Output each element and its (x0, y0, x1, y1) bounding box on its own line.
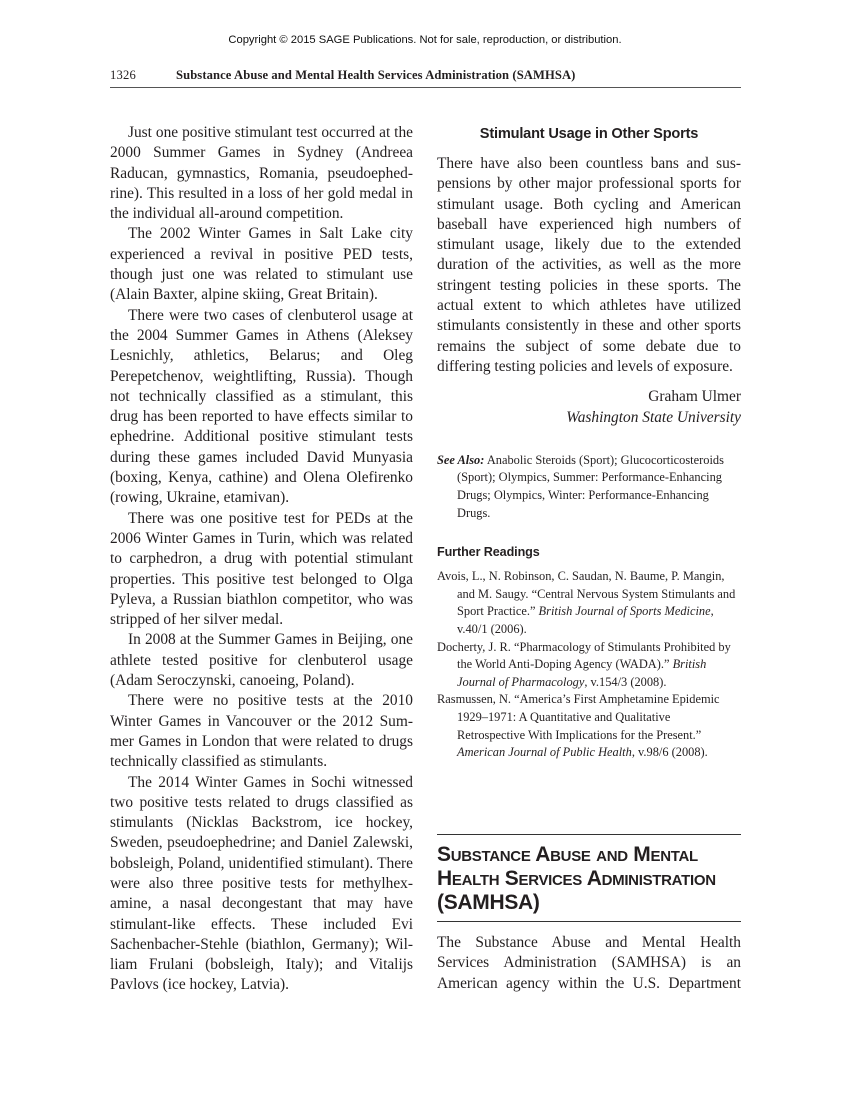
entry-title-block: Substance Abuse and Mental Health Servic… (437, 834, 741, 922)
paragraph: There were two cases of clenbuterol usag… (110, 306, 413, 509)
paragraph: In 2008 at the Summer Games in Beijing, … (110, 630, 413, 691)
paragraph: The 2002 Winter Games in Salt Lake city … (110, 224, 413, 305)
paragraph: There have also been countless bans and … (437, 154, 741, 377)
page-number: 1326 (110, 68, 136, 83)
reference: Rasmussen, N. “America’s First Amphetami… (437, 691, 741, 761)
reference: Avois, L., N. Robinson, C. Saudan, N. Ba… (437, 568, 741, 638)
running-title: Substance Abuse and Mental Health Servic… (176, 68, 575, 83)
entry-body: The Substance Abuse and Mental Health Se… (437, 933, 741, 994)
reference-text: Rasmussen, N. “America’s First Amphetami… (437, 692, 720, 741)
author-name: Graham Ulmer (437, 387, 741, 407)
paragraph: There was one positive test for PEDs at … (110, 509, 413, 631)
reference-journal: American Journal of Public Health (457, 745, 632, 759)
paragraph: Just one positive stimulant test occurre… (110, 123, 413, 224)
paragraph: The Substance Abuse and Mental Health Se… (437, 933, 741, 994)
copyright-notice: Copyright © 2015 SAGE Publications. Not … (0, 34, 850, 46)
paragraph: There were no positive tests at the 2010… (110, 691, 413, 772)
author-signature: Graham Ulmer Washington State University (437, 387, 741, 428)
entry-title: Substance Abuse and Mental Health Servic… (437, 843, 741, 915)
reference: Docherty, J. R. “Pharmacology of Stimula… (437, 639, 741, 692)
see-also-links: Anabolic Steroids (Sport); Glucocorticos… (457, 453, 724, 520)
further-readings-heading: Further Readings (437, 545, 741, 559)
paragraph: The 2014 Winter Games in Sochi witnessed… (110, 773, 413, 996)
reference-journal: British Journal of Sports Medicine (539, 604, 711, 618)
entry-title-line: Health Services Administration (437, 867, 741, 891)
left-column: Just one positive stimulant test occurre… (110, 123, 413, 996)
running-head: 1326 Substance Abuse and Mental Health S… (110, 67, 741, 88)
entry-title-line: Substance Abuse and Mental (437, 843, 741, 867)
see-also-label: See Also: (437, 453, 484, 467)
entry-title-line: (SAMHSA) (437, 891, 741, 915)
author-affiliation: Washington State University (437, 408, 741, 428)
reference-volume: , v.98/6 (2008). (632, 745, 708, 759)
reference-volume: , v.154/3 (2008). (584, 675, 666, 689)
see-also: See Also: Anabolic Steroids (Sport); Glu… (437, 452, 741, 522)
section-heading: Stimulant Usage in Other Sports (437, 123, 741, 145)
right-column: Stimulant Usage in Other Sports There ha… (437, 123, 741, 762)
